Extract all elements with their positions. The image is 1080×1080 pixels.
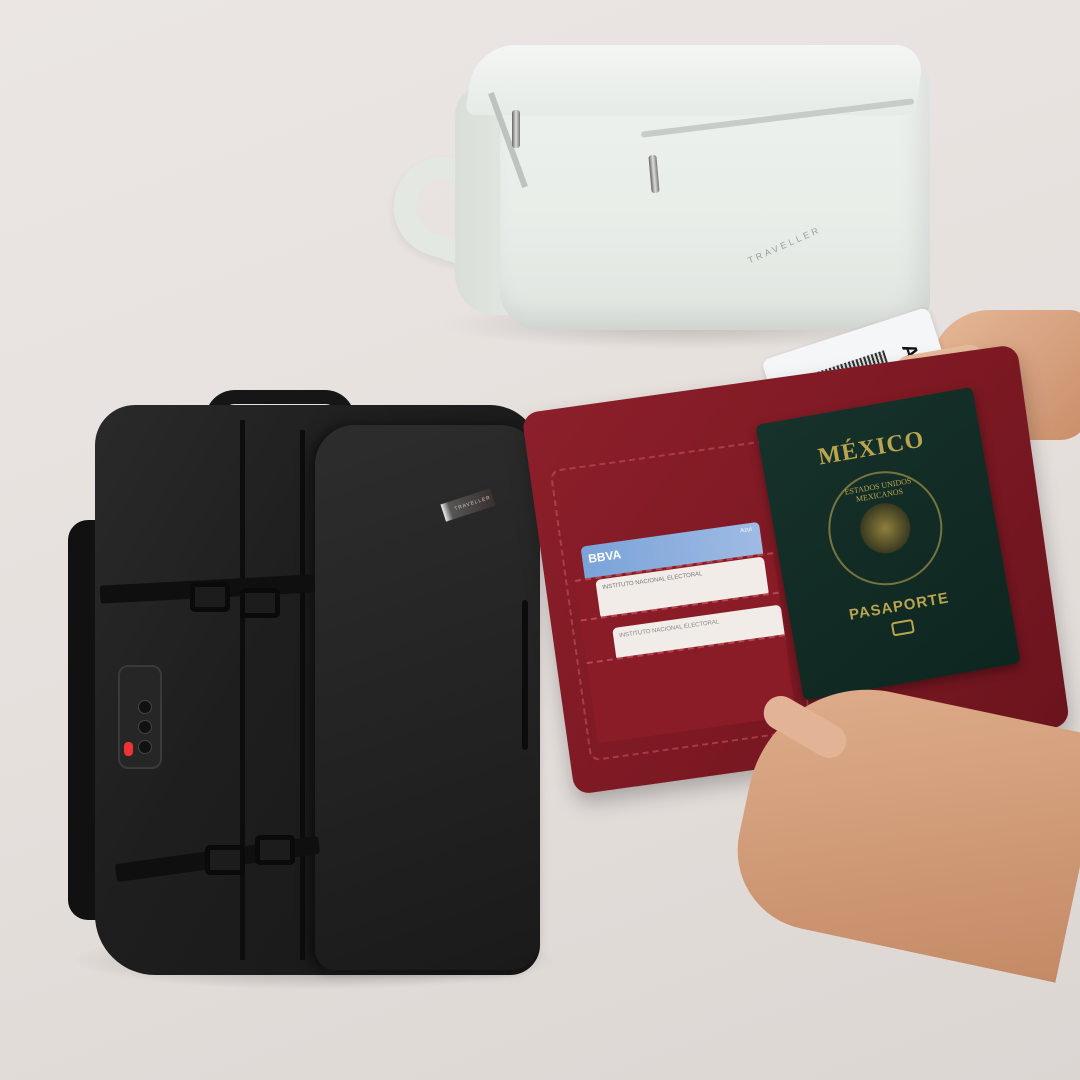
buckle-icon [205, 845, 245, 875]
passport-country: MÉXICO [761, 417, 982, 482]
lock-dial-icon [138, 740, 152, 754]
backpack-zipper-seam [240, 420, 245, 960]
buckle-icon [255, 835, 295, 865]
buckle-icon [190, 582, 230, 612]
lock-dial-icon [138, 700, 152, 714]
backpack-side-zipper [522, 600, 528, 750]
zipper-pull-icon [512, 110, 520, 148]
buckle-icon [240, 588, 280, 618]
passport: MÉXICO ESTADOS UNIDOS MEXICANOS PASAPORT… [755, 387, 1020, 701]
lock-release-button-icon [124, 742, 133, 756]
biometric-chip-icon [891, 619, 915, 637]
backpack-front-panel [315, 425, 540, 970]
product-collage: TRAVELLER TRAVELLER ANA FLIGHT FROM [0, 0, 1080, 1080]
coat-of-arms-icon: ESTADOS UNIDOS MEXICANOS [819, 462, 951, 594]
eagle-emblem-icon [856, 499, 914, 557]
lock-dial-icon [138, 720, 152, 734]
backpack-zipper-seam [300, 430, 305, 960]
